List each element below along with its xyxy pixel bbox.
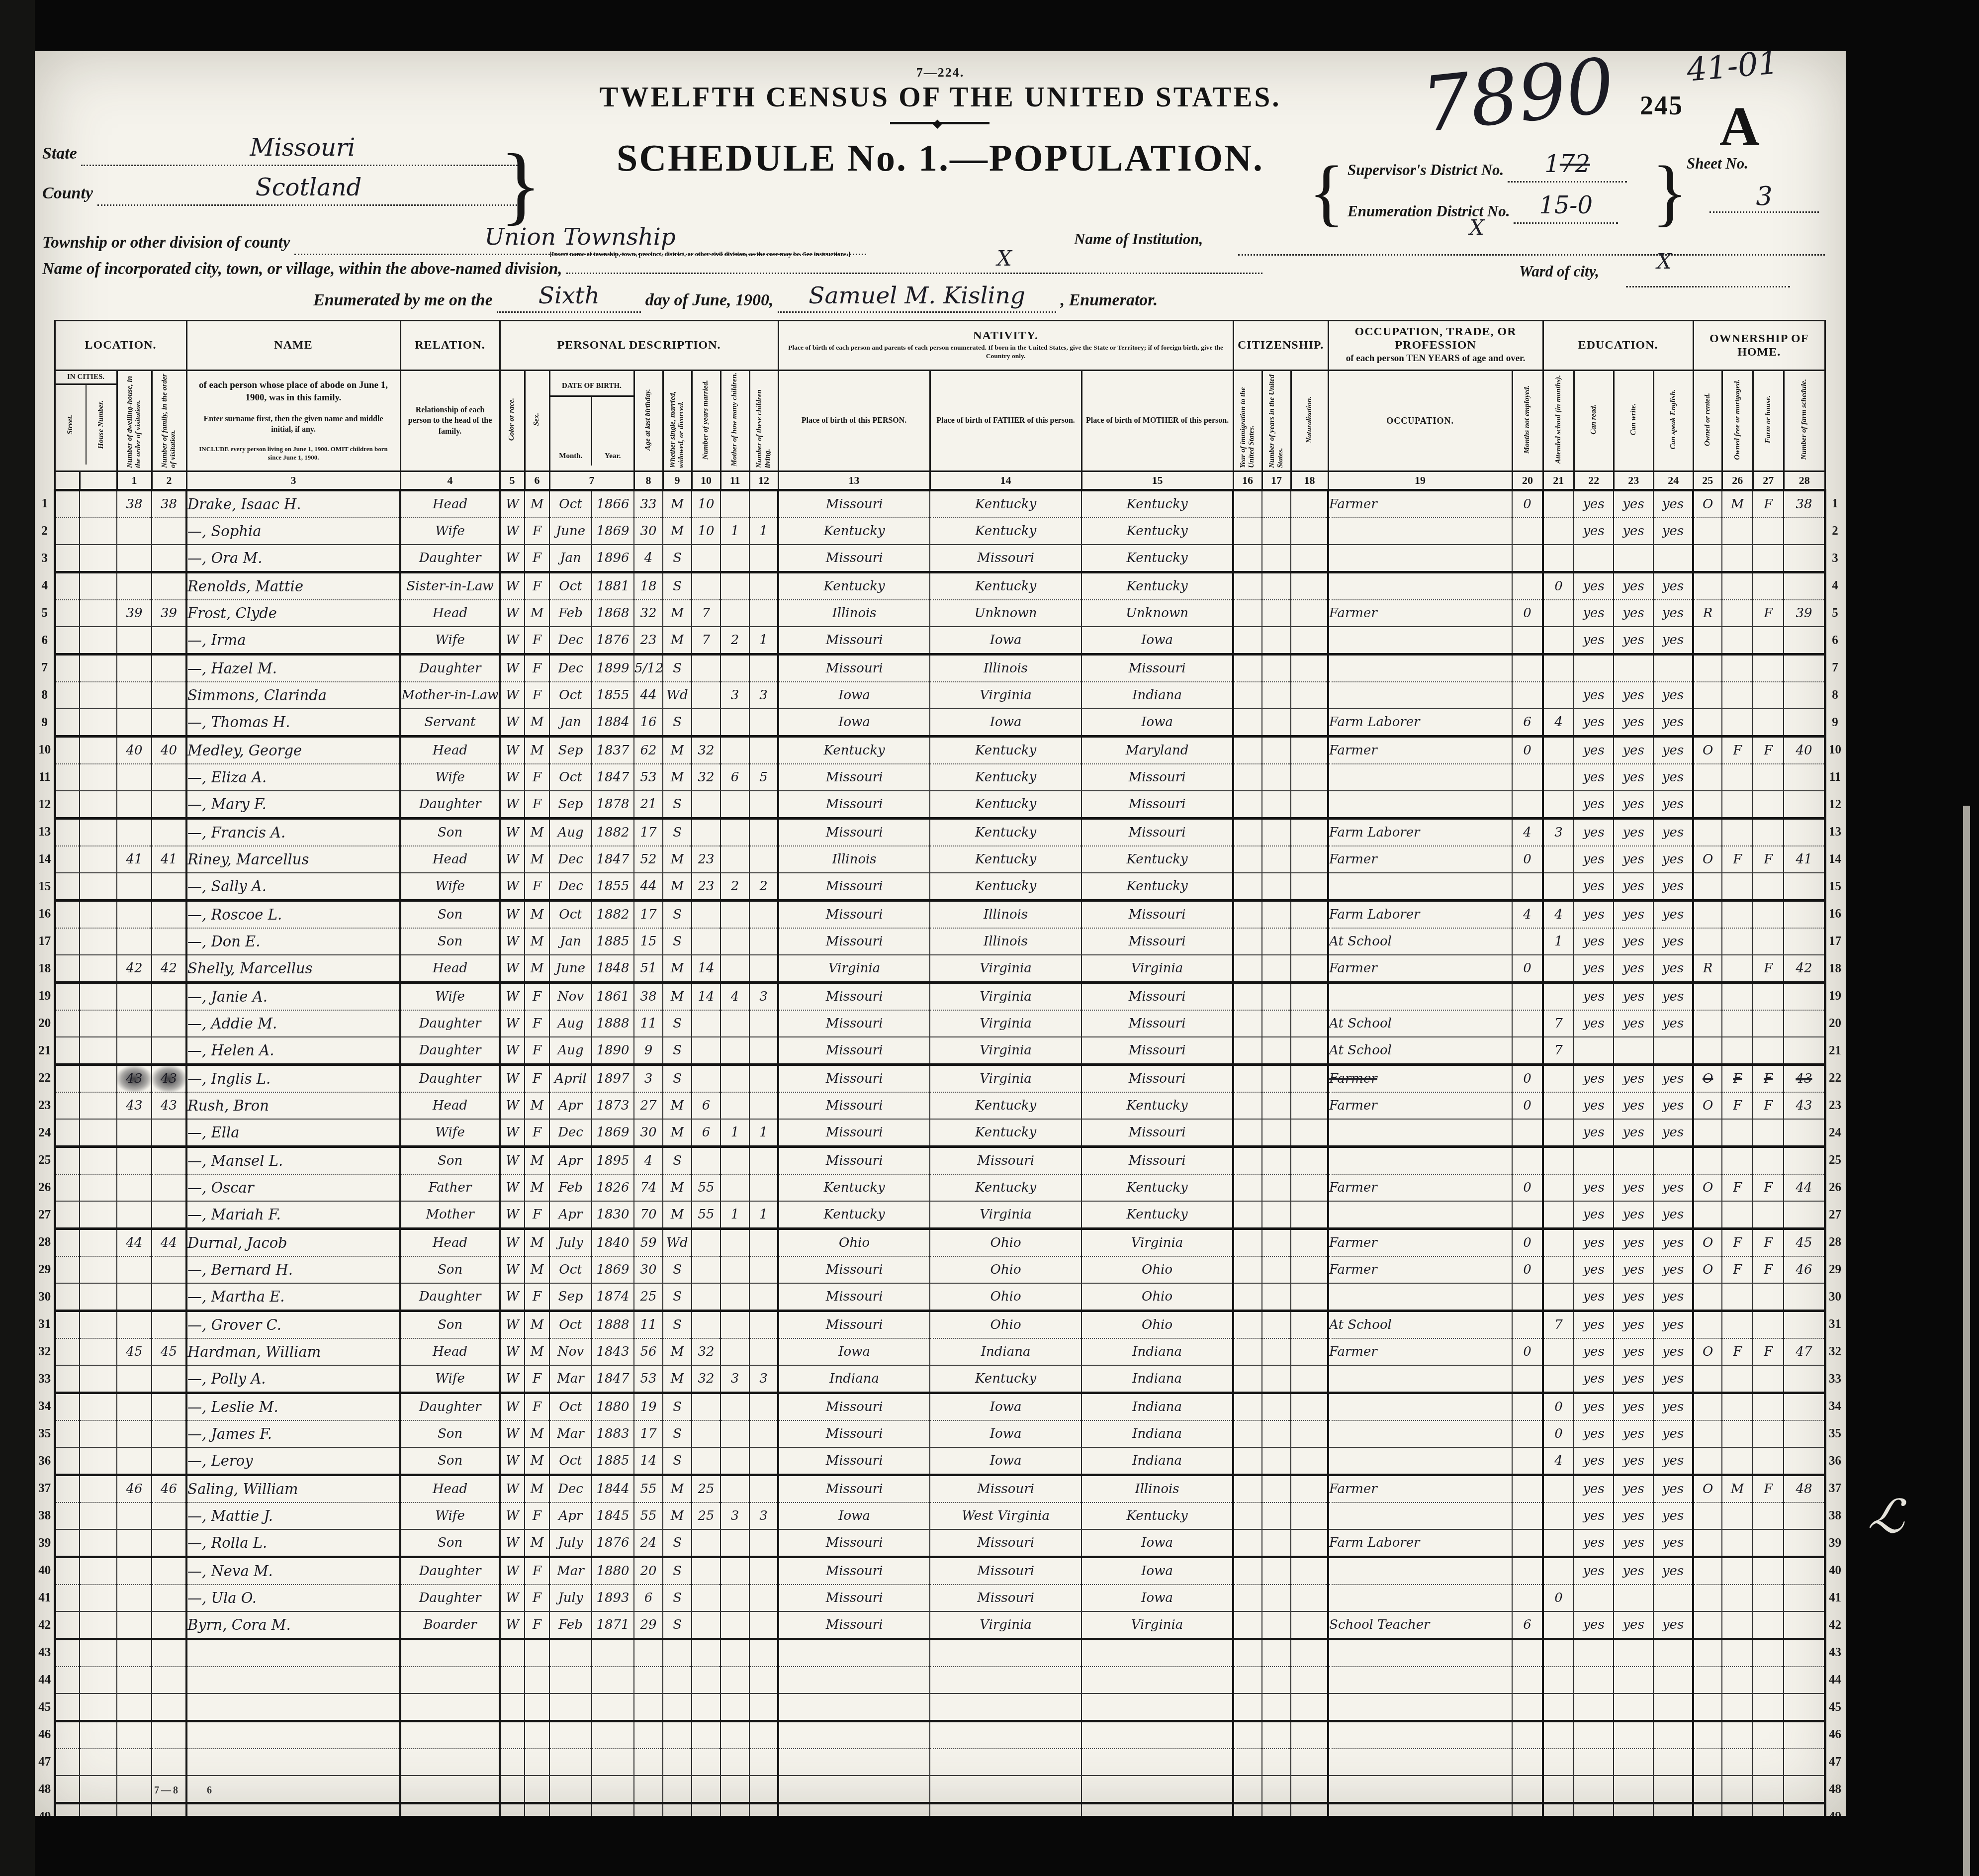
cell-mar [663, 1749, 692, 1776]
cell-pob: Missouri [778, 655, 930, 682]
cell-fs [1784, 1420, 1825, 1447]
cell-pm: Iowa [1081, 1529, 1233, 1557]
cell-pob [778, 1749, 930, 1776]
cell-cl [749, 955, 778, 983]
cell-c17 [1262, 764, 1291, 791]
cell-mc [720, 1283, 749, 1311]
cell-mc [720, 1010, 749, 1037]
cell-rd: yes [1574, 627, 1614, 655]
cell-c18 [1291, 1749, 1328, 1776]
cell-fs [1784, 1147, 1825, 1175]
cell-pm: Missouri [1081, 1119, 1233, 1147]
cell-fs [1784, 1667, 1825, 1693]
cell-mc [720, 1229, 749, 1257]
cell-house [80, 1502, 117, 1529]
cell-ym [692, 819, 720, 846]
census-row: 15—, Sally A.WifeWFDec185544M2322Missour… [36, 873, 1844, 901]
cell-fm [1722, 545, 1753, 572]
cell-yr: 1869 [592, 1256, 634, 1283]
district-brace-right: } [1652, 150, 1688, 235]
cell-rd: yes [1574, 1420, 1614, 1447]
cell-c18 [1291, 1611, 1328, 1639]
cell-wr [1614, 1037, 1653, 1065]
cell-dw [117, 1147, 152, 1175]
cell-fm [1722, 1557, 1753, 1585]
cell-mo: Oct [549, 1311, 592, 1339]
cell-yr: 1899 [592, 655, 634, 682]
cell-rd: yes [1574, 928, 1614, 955]
cell-age: 30 [634, 1119, 663, 1147]
cell-rd: yes [1574, 600, 1614, 627]
cell-en [1653, 1776, 1693, 1803]
census-row: 12—, Mary F.DaughterWFSep187821SMissouri… [36, 791, 1844, 819]
cell-occ: Farm Laborer [1328, 709, 1512, 737]
cell-c18 [1291, 1065, 1328, 1093]
cell-yr: 1837 [592, 737, 634, 764]
cell-own [1693, 627, 1722, 655]
cell-mne: 0 [1512, 1065, 1543, 1093]
cell-dw [117, 1639, 152, 1667]
cell-fm [1722, 764, 1753, 791]
cell-fh [1753, 1119, 1784, 1147]
cell-pf: Kentucky [930, 1119, 1081, 1147]
cell-sex: M [525, 901, 549, 929]
cell-fs: 45 [1784, 1229, 1825, 1257]
cell-yr: 1844 [592, 1475, 634, 1503]
cell-mne: 0 [1512, 1174, 1543, 1201]
cell-pob: Indiana [778, 1365, 930, 1393]
cell-mo: Oct [549, 1256, 592, 1283]
cell-occ: At School [1328, 1010, 1512, 1037]
cell-sch [1543, 518, 1574, 545]
cell-en: yes [1653, 1365, 1693, 1393]
cell-mc [720, 1529, 749, 1557]
cell-own [1693, 1639, 1722, 1667]
census-row: 40—, Neva M.DaughterWFMar188020SMissouri… [36, 1557, 1844, 1585]
cell-mc [720, 1749, 749, 1776]
cell-color: W [500, 737, 525, 764]
cell-sch: 3 [1543, 819, 1574, 846]
cell-pm: Missouri [1081, 1147, 1233, 1175]
cell-pm: Kentucky [1081, 1174, 1233, 1201]
cell-en: yes [1653, 1475, 1693, 1503]
cell-c17 [1262, 1092, 1291, 1119]
cell-mar: M [663, 1338, 692, 1365]
cell-mne [1512, 1585, 1543, 1611]
cell-mc [720, 1585, 749, 1611]
cell-pf: Iowa [930, 709, 1081, 737]
group-name: NAME [186, 321, 400, 371]
cell-fm: F [1722, 846, 1753, 873]
line-number-left: 44 [36, 1667, 55, 1693]
cell-sex [525, 1721, 549, 1749]
cell-wr: yes [1614, 955, 1653, 983]
cell-dw [117, 819, 152, 846]
cell-dw [117, 709, 152, 737]
cell-sch [1543, 1283, 1574, 1311]
cell-age: 25 [634, 1283, 663, 1311]
cell-sch [1543, 1749, 1574, 1776]
census-form-paper: 7—224. TWELFTH CENSUS OF THE UNITED STAT… [35, 51, 1846, 1816]
cell-house [80, 928, 117, 955]
cell-en: yes [1653, 1311, 1693, 1339]
cell-fam [152, 1256, 186, 1283]
cell-street [55, 1611, 80, 1639]
cell-cl [749, 928, 778, 955]
cell-rel [400, 1721, 500, 1749]
line-number-right: 43 [1825, 1639, 1844, 1667]
cell-en: yes [1653, 1174, 1693, 1201]
cell-mar: S [663, 1611, 692, 1639]
cell-fm [1722, 655, 1753, 682]
cell-mo: Sep [549, 737, 592, 764]
handwritten-batch-number: 7890 [1418, 41, 1619, 149]
cell-c16 [1233, 572, 1262, 600]
cell-street [55, 1557, 80, 1585]
cell-own [1693, 819, 1722, 846]
line-number-right: 33 [1825, 1365, 1844, 1393]
cell-c18 [1291, 1447, 1328, 1475]
cell-street [55, 873, 80, 901]
cell-fm: F [1722, 737, 1753, 764]
cell-pf: Ohio [930, 1229, 1081, 1257]
cell-yr: 1878 [592, 791, 634, 819]
cell-en [1653, 1749, 1693, 1776]
cell-occ [1328, 1393, 1512, 1421]
cell-wr [1614, 1147, 1653, 1175]
cell-color: W [500, 873, 525, 901]
cell-rel: Daughter [400, 1283, 500, 1311]
cell-c16 [1233, 1749, 1262, 1776]
cell-mc: 3 [720, 682, 749, 709]
cell-name: Riney, Marcellus [186, 846, 400, 873]
cell-rel: Head [400, 955, 500, 983]
cell-ym: 25 [692, 1502, 720, 1529]
cell-occ [1328, 1639, 1512, 1667]
cell-rd: yes [1574, 1065, 1614, 1093]
cell-fam [152, 819, 186, 846]
cell-sch [1543, 955, 1574, 983]
cell-c17 [1262, 572, 1291, 600]
cell-sch [1543, 1776, 1574, 1803]
census-row: 11—, Eliza A.WifeWFOct184753M3265Missour… [36, 764, 1844, 791]
cell-mar: M [663, 1092, 692, 1119]
cell-fm [1722, 1502, 1753, 1529]
cell-cl [749, 1393, 778, 1421]
cell-pob: Missouri [778, 1010, 930, 1037]
cell-sch [1543, 1065, 1574, 1093]
cell-age: 11 [634, 1311, 663, 1339]
cell-c17 [1262, 1174, 1291, 1201]
cell-sex: F [525, 1201, 549, 1229]
cell-yr: 1847 [592, 764, 634, 791]
institution-label: Name of Institution, [1074, 230, 1203, 248]
cell-fm: F [1722, 1065, 1753, 1093]
cell-sch [1543, 1229, 1574, 1257]
cell-age: 6 [634, 1585, 663, 1611]
cell-sex: F [525, 1393, 549, 1421]
cell-yr: 1876 [592, 627, 634, 655]
cell-street [55, 572, 80, 600]
cell-wr [1614, 1639, 1653, 1667]
census-row: 144141Riney, MarcellusHeadWMDec184752M23… [36, 846, 1844, 873]
cell-color: W [500, 901, 525, 929]
cell-mc [720, 1667, 749, 1693]
cell-house [80, 1776, 117, 1803]
cell-name: —, Thomas H. [186, 709, 400, 737]
cell-sex: M [525, 1147, 549, 1175]
cell-mo: Feb [549, 1611, 592, 1639]
cell-fm [1722, 627, 1753, 655]
cell-ym [692, 901, 720, 929]
cell-fm [1722, 1393, 1753, 1421]
census-row: 16—, Roscoe L.SonWMOct188217SMissouriIll… [36, 901, 1844, 929]
col-attended-school: Attended school (in months). [1554, 375, 1563, 464]
cell-mc [720, 901, 749, 929]
cell-mo: Nov [549, 1338, 592, 1365]
cell-pf: Iowa [930, 1420, 1081, 1447]
col-family-number: Number of family, in the order of visita… [161, 371, 178, 468]
cell-sex: M [525, 1529, 549, 1557]
cell-pf [930, 1693, 1081, 1721]
cell-pf [930, 1667, 1081, 1693]
cell-en: yes [1653, 1611, 1693, 1639]
col-farm-or-house: Farm or house. [1764, 395, 1773, 443]
line-number-left: 14 [36, 846, 55, 873]
cell-ym [692, 1010, 720, 1037]
cell-cl: 1 [749, 1201, 778, 1229]
cell-own [1693, 873, 1722, 901]
cell-dw [117, 627, 152, 655]
line-number-right: 9 [1825, 709, 1844, 737]
cell-c17 [1262, 1611, 1291, 1639]
cell-sex: F [525, 873, 549, 901]
cell-c16 [1233, 873, 1262, 901]
cell-yr: 1873 [592, 1092, 634, 1119]
cell-pob: Missouri [778, 1119, 930, 1147]
line-number-left: 16 [36, 901, 55, 929]
cell-dw [117, 901, 152, 929]
cell-mo: Sep [549, 1283, 592, 1311]
cell-c17 [1262, 1447, 1291, 1475]
cell-fs [1784, 1721, 1825, 1749]
cell-occ [1328, 545, 1512, 572]
cell-house [80, 1311, 117, 1339]
cell-sex: M [525, 1475, 549, 1503]
cell-c16 [1233, 1667, 1262, 1693]
cell-sex: F [525, 1585, 549, 1611]
census-row: 27—, Mariah F.MotherWFApr183070M5511Kent… [36, 1201, 1844, 1229]
cell-street [55, 1283, 80, 1311]
cell-yr: 1840 [592, 1229, 634, 1257]
cell-sch: 0 [1543, 572, 1574, 600]
cell-pob: Iowa [778, 709, 930, 737]
cell-cl [749, 1229, 778, 1257]
cell-pob: Kentucky [778, 1174, 930, 1201]
cell-mar: M [663, 873, 692, 901]
cell-rel [400, 1693, 500, 1721]
cell-fm [1722, 791, 1753, 819]
cell-c18 [1291, 1475, 1328, 1503]
cell-mo: Mar [549, 1365, 592, 1393]
cell-c17 [1262, 1365, 1291, 1393]
cell-mc [720, 1147, 749, 1175]
cell-age: 20 [634, 1557, 663, 1585]
cell-house [80, 1365, 117, 1393]
cell-name: —, Sophia [186, 518, 400, 545]
cell-rd: yes [1574, 901, 1614, 929]
cell-street [55, 518, 80, 545]
cell-mar: M [663, 1119, 692, 1147]
county-label: County [42, 184, 93, 202]
cell-rel: Wife [400, 627, 500, 655]
col-immigration-year: Year of immigration to the United States… [1239, 371, 1257, 468]
cell-fam [152, 791, 186, 819]
cell-fm: M [1722, 490, 1753, 518]
col-farm-schedule: Number of farm schedule. [1800, 379, 1808, 460]
cell-cl [749, 1037, 778, 1065]
cell-pob: Ohio [778, 1229, 930, 1257]
cell-wr: yes [1614, 791, 1653, 819]
cell-occ [1328, 1365, 1512, 1393]
cell-c17 [1262, 955, 1291, 983]
cell-ym [692, 1721, 720, 1749]
line-number-right: 21 [1825, 1037, 1844, 1065]
cell-fs: 47 [1784, 1338, 1825, 1365]
cell-cl [749, 846, 778, 873]
cell-sex [525, 1693, 549, 1721]
census-row: 4343 [36, 1639, 1844, 1667]
cell-c16 [1233, 1338, 1262, 1365]
cell-wr: yes [1614, 846, 1653, 873]
cell-mar [663, 1667, 692, 1693]
cell-color: W [500, 1147, 525, 1175]
cell-fs [1784, 901, 1825, 929]
cell-rel: Head [400, 1229, 500, 1257]
cell-mar: S [663, 572, 692, 600]
cell-mc [720, 955, 749, 983]
cell-rd: yes [1574, 1365, 1614, 1393]
line-number-right: 26 [1825, 1174, 1844, 1201]
cell-sch [1543, 682, 1574, 709]
line-number-right: 31 [1825, 1311, 1844, 1339]
cell-age: 14 [634, 1447, 663, 1475]
cell-rel: Sister-in-Law [400, 572, 500, 600]
cell-mo: Jan [549, 709, 592, 737]
cell-pm: Kentucky [1081, 490, 1233, 518]
cell-pob [778, 1693, 930, 1721]
cell-occ [1328, 1667, 1512, 1693]
cell-c16 [1233, 655, 1262, 682]
cell-color: W [500, 545, 525, 572]
cell-street [55, 1585, 80, 1611]
cell-ym: 55 [692, 1201, 720, 1229]
cell-name [186, 1721, 400, 1749]
cell-mar: S [663, 1585, 692, 1611]
cell-mo: Oct [549, 682, 592, 709]
line-number-left: 13 [36, 819, 55, 846]
cell-mc: 3 [720, 1502, 749, 1529]
cell-mne [1512, 791, 1543, 819]
cell-c16 [1233, 846, 1262, 873]
cell-pm: Missouri [1081, 1037, 1233, 1065]
cell-yr: 1882 [592, 819, 634, 846]
cell-fh [1753, 1010, 1784, 1037]
cell-mc [720, 1311, 749, 1339]
cell-pf: Kentucky [930, 1365, 1081, 1393]
cell-occ: Farmer [1328, 1092, 1512, 1119]
line-number-left: 43 [36, 1639, 55, 1667]
enumerator-name: Samuel M. Kisling [809, 282, 1025, 309]
cell-dw [117, 1311, 152, 1339]
cell-mne: 0 [1512, 846, 1543, 873]
col-naturalization: Naturalization. [1305, 396, 1314, 443]
cell-cl [749, 1639, 778, 1667]
col-months-not-employed: Months not employed. [1523, 385, 1531, 454]
cell-en: yes [1653, 764, 1693, 791]
cell-fam [152, 1529, 186, 1557]
line-number-left: 6 [36, 627, 55, 655]
cell-dw: 45 [117, 1338, 152, 1365]
cell-color [500, 1776, 525, 1803]
cell-name: —, Janie A. [186, 983, 400, 1011]
cell-wr: yes [1614, 1201, 1653, 1229]
cell-ym [692, 1667, 720, 1693]
cell-rd: yes [1574, 1529, 1614, 1557]
cell-fm [1722, 955, 1753, 983]
cell-mne [1512, 1393, 1543, 1421]
cell-house [80, 983, 117, 1011]
cell-street [55, 1338, 80, 1365]
cell-own: O [1693, 846, 1722, 873]
census-row: 31—, Grover C.SonWMOct188811SMissouriOhi… [36, 1311, 1844, 1339]
cell-fs [1784, 1529, 1825, 1557]
cell-pm: Indiana [1081, 1338, 1233, 1365]
cell-fh: F [1753, 1174, 1784, 1201]
cell-pf: Kentucky [930, 518, 1081, 545]
cell-mne [1512, 1721, 1543, 1749]
cell-dw [117, 1256, 152, 1283]
col-color-race: Color or race. [508, 398, 516, 441]
cell-mne [1512, 1119, 1543, 1147]
cell-name: Frost, Clyde [186, 600, 400, 627]
cell-c16 [1233, 1447, 1262, 1475]
cell-own [1693, 572, 1722, 600]
cell-occ [1328, 518, 1512, 545]
cell-fs [1784, 983, 1825, 1011]
cell-c16 [1233, 709, 1262, 737]
cell-sex: M [525, 1311, 549, 1339]
cell-color: W [500, 1119, 525, 1147]
census-row: 8Simmons, ClarindaMother-in-LawWFOct1855… [36, 682, 1844, 709]
cell-own: O [1693, 737, 1722, 764]
cell-age: 30 [634, 518, 663, 545]
cell-fh [1753, 1776, 1784, 1803]
cell-c17 [1262, 1749, 1291, 1776]
cell-house [80, 791, 117, 819]
cell-c17 [1262, 545, 1291, 572]
cell-color: W [500, 928, 525, 955]
cell-ym [692, 928, 720, 955]
cell-color: W [500, 1174, 525, 1201]
cell-mne [1512, 627, 1543, 655]
supervisor-value: 172 [1544, 150, 1590, 178]
cell-fm [1722, 1420, 1753, 1447]
cell-mc [720, 709, 749, 737]
cell-rd: yes [1574, 709, 1614, 737]
cell-occ [1328, 1447, 1512, 1475]
cell-mo [549, 1667, 592, 1693]
